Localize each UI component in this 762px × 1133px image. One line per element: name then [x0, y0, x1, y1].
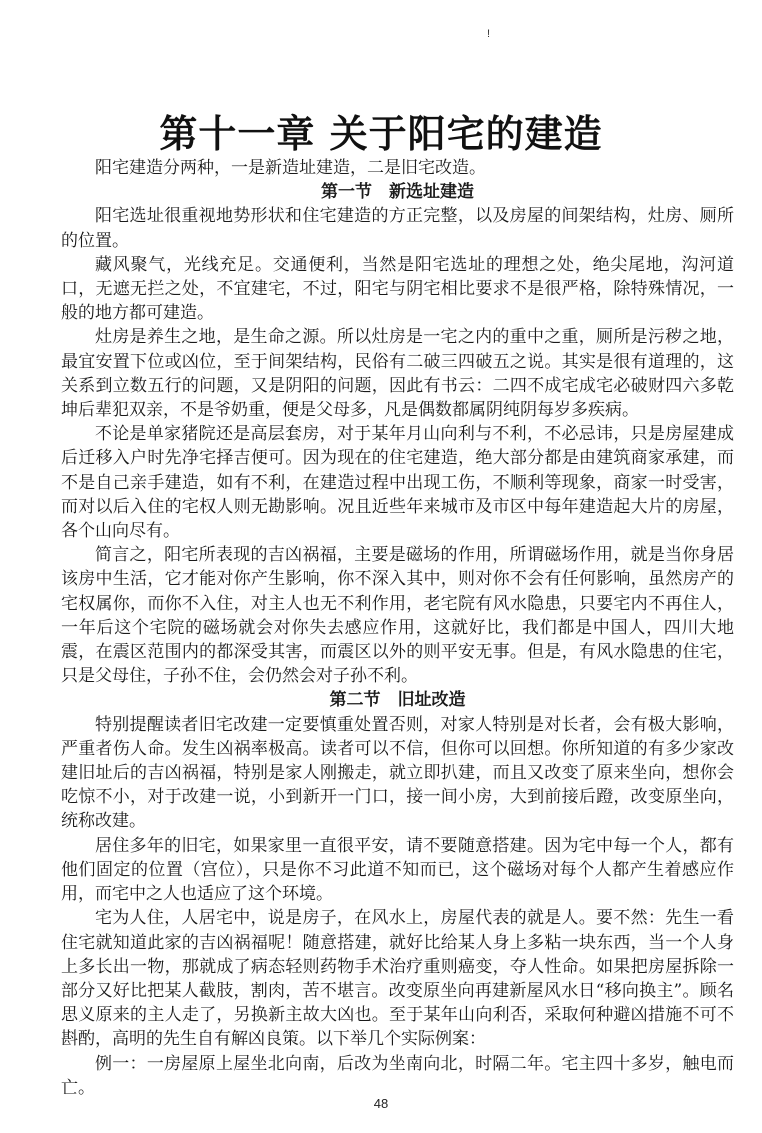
paragraph: 简言之，阳宅所表现的吉凶祸福，主要是磁场的作用，所谓磁场作用，就是当你身居该房中…	[61, 543, 734, 688]
page-number: 48	[0, 1096, 762, 1111]
paragraph: 藏风聚气，光线充足。交通便利，当然是阳宅选址的理想之处，绝尖尾地，沟河道口，无遮…	[61, 253, 734, 326]
chapter-title: 第十一章 关于阳宅的建造	[0, 103, 762, 158]
intro-paragraph: 阳宅建造分两种，一是新造址建造，二是旧宅改造。	[61, 156, 734, 180]
header-mark: !	[487, 28, 490, 40]
body-text: 阳宅建造分两种，一是新造址建造，二是旧宅改造。 第一节 新选址建造 阳宅选址很重…	[61, 156, 734, 1100]
paragraph: 特别提醒读者旧宅改建一定要慎重处置否则，对家人特别是对长者，会有极大影响，严重者…	[61, 713, 734, 834]
paragraph: 阳宅选址很重视地势形状和住宅建造的方正完整，以及房屋的间架结构，灶房、厕所的位置…	[61, 204, 734, 252]
paragraph: 宅为人住，人居宅中，说是房子，在风水上，房屋代表的就是人。要不然：先生一看住宅就…	[61, 906, 734, 1051]
section-heading-2: 第二节 旧址改造	[61, 688, 734, 712]
paragraph: 居住多年的旧宅，如果家里一直很平安，请不要随意搭建。因为宅中每一个人，都有他们固…	[61, 834, 734, 907]
paragraph: 灶房是养生之地，是生命之源。所以灶房是一宅之内的重中之重，厕所是污秽之地，最宜安…	[61, 325, 734, 422]
paragraph: 例一：一房屋原上屋坐北向南，后改为坐南向北，时隔二年。宅主四十多岁，触电而亡。	[61, 1052, 734, 1100]
paragraph: 不论是单家猪院还是高层套房，对于某年月山向利与不利，不必忌讳，只是房屋建成后迁移…	[61, 422, 734, 543]
section-heading-1: 第一节 新选址建造	[61, 180, 734, 204]
